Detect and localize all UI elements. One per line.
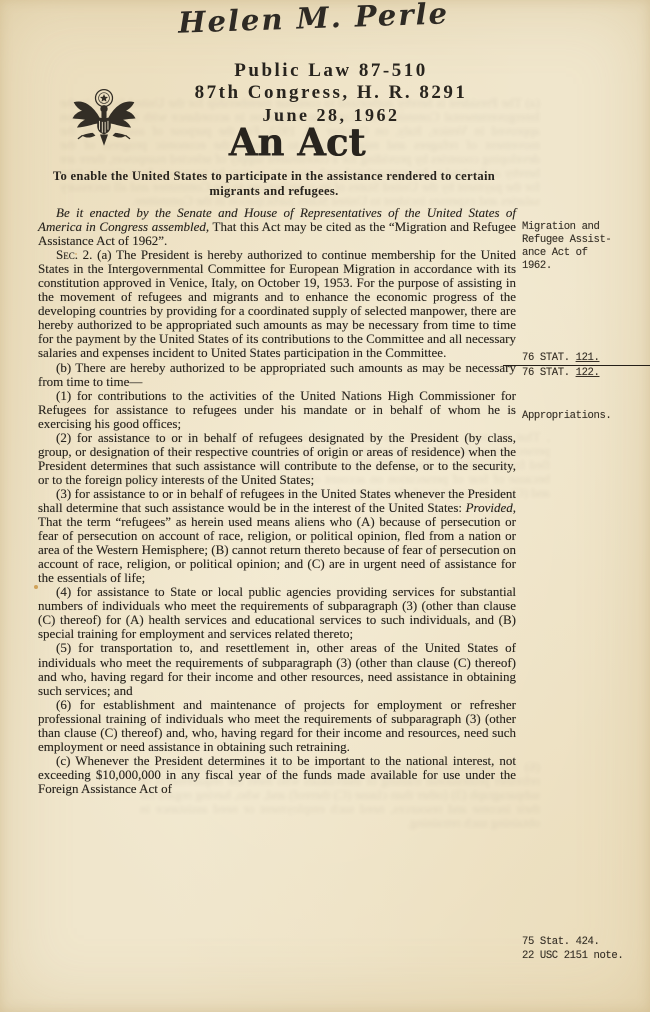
margin-note-stat-424: 75 Stat. 424. xyxy=(522,936,648,949)
stat-page-divider-rule xyxy=(503,365,650,366)
stat-121-page: 121. xyxy=(576,352,600,364)
clause-3-proviso: Provided xyxy=(466,500,513,515)
clause-4: (4) for assistance to State or local pub… xyxy=(38,585,516,641)
clause-3-part1: (3) for assistance to or in behalf of re… xyxy=(38,486,516,515)
document-page: (a) The President is hereby authorized t… xyxy=(0,0,650,1012)
enacting-clause: Be it enacted by the Senate and House of… xyxy=(38,206,516,248)
margin-note-short-title: Migration and Refugee Assist- ance Act o… xyxy=(522,221,648,273)
paper-speck xyxy=(34,585,38,589)
purpose-clause: To enable the United States to participa… xyxy=(28,169,520,199)
paper-speck xyxy=(75,253,77,255)
margin-note-stat-121: 76 STAT. 121. xyxy=(522,352,648,365)
section-2b-intro: (b) There are hereby authorized to be ap… xyxy=(38,361,516,389)
clause-2: (2) for assistance to or in behalf of re… xyxy=(38,431,516,487)
section-2a-text: (a) The President is hereby authorized t… xyxy=(38,247,516,360)
short-title-line-3: ance Act of xyxy=(522,247,648,260)
purpose-line-1: To enable the United States to participa… xyxy=(28,169,520,184)
statute-text-column: Be it enacted by the Senate and House of… xyxy=(38,206,516,796)
short-title-line-2: Refugee Assist- xyxy=(522,234,648,247)
margin-note-appropriations: Appropriations. xyxy=(522,410,648,423)
purpose-line-2: migrants and refugees. xyxy=(28,184,520,199)
section-2-label: Sec. 2. xyxy=(56,247,92,262)
clause-1: (1) for contributions to the activities … xyxy=(38,389,516,431)
clause-6: (6) for establishment and maintenance of… xyxy=(38,698,516,754)
stat-122-prefix: 76 STAT. xyxy=(522,367,576,379)
handwritten-signature: Helen M. Perle xyxy=(178,0,509,40)
clause-3: (3) for assistance to or in behalf of re… xyxy=(38,487,516,585)
section-2c: (c) Whenever the President determines it… xyxy=(38,754,516,796)
clause-5: (5) for transportation to, and resettlem… xyxy=(38,641,516,697)
short-title-line-1: Migration and xyxy=(522,221,648,234)
public-law-number: Public Law 87-510 xyxy=(6,60,650,82)
short-title-line-4: 1962. xyxy=(522,260,648,273)
section-2a: Sec. 2. (a) The President is hereby auth… xyxy=(38,248,516,360)
stat-121-prefix: 76 STAT. xyxy=(522,352,576,364)
margin-note-stat-122: 76 STAT. 122. xyxy=(522,367,648,380)
margin-note-usc-2151: 22 USC 2151 note. xyxy=(522,950,648,963)
act-heading: An Act xyxy=(0,119,622,165)
stat-122-page: 122. xyxy=(576,367,600,379)
